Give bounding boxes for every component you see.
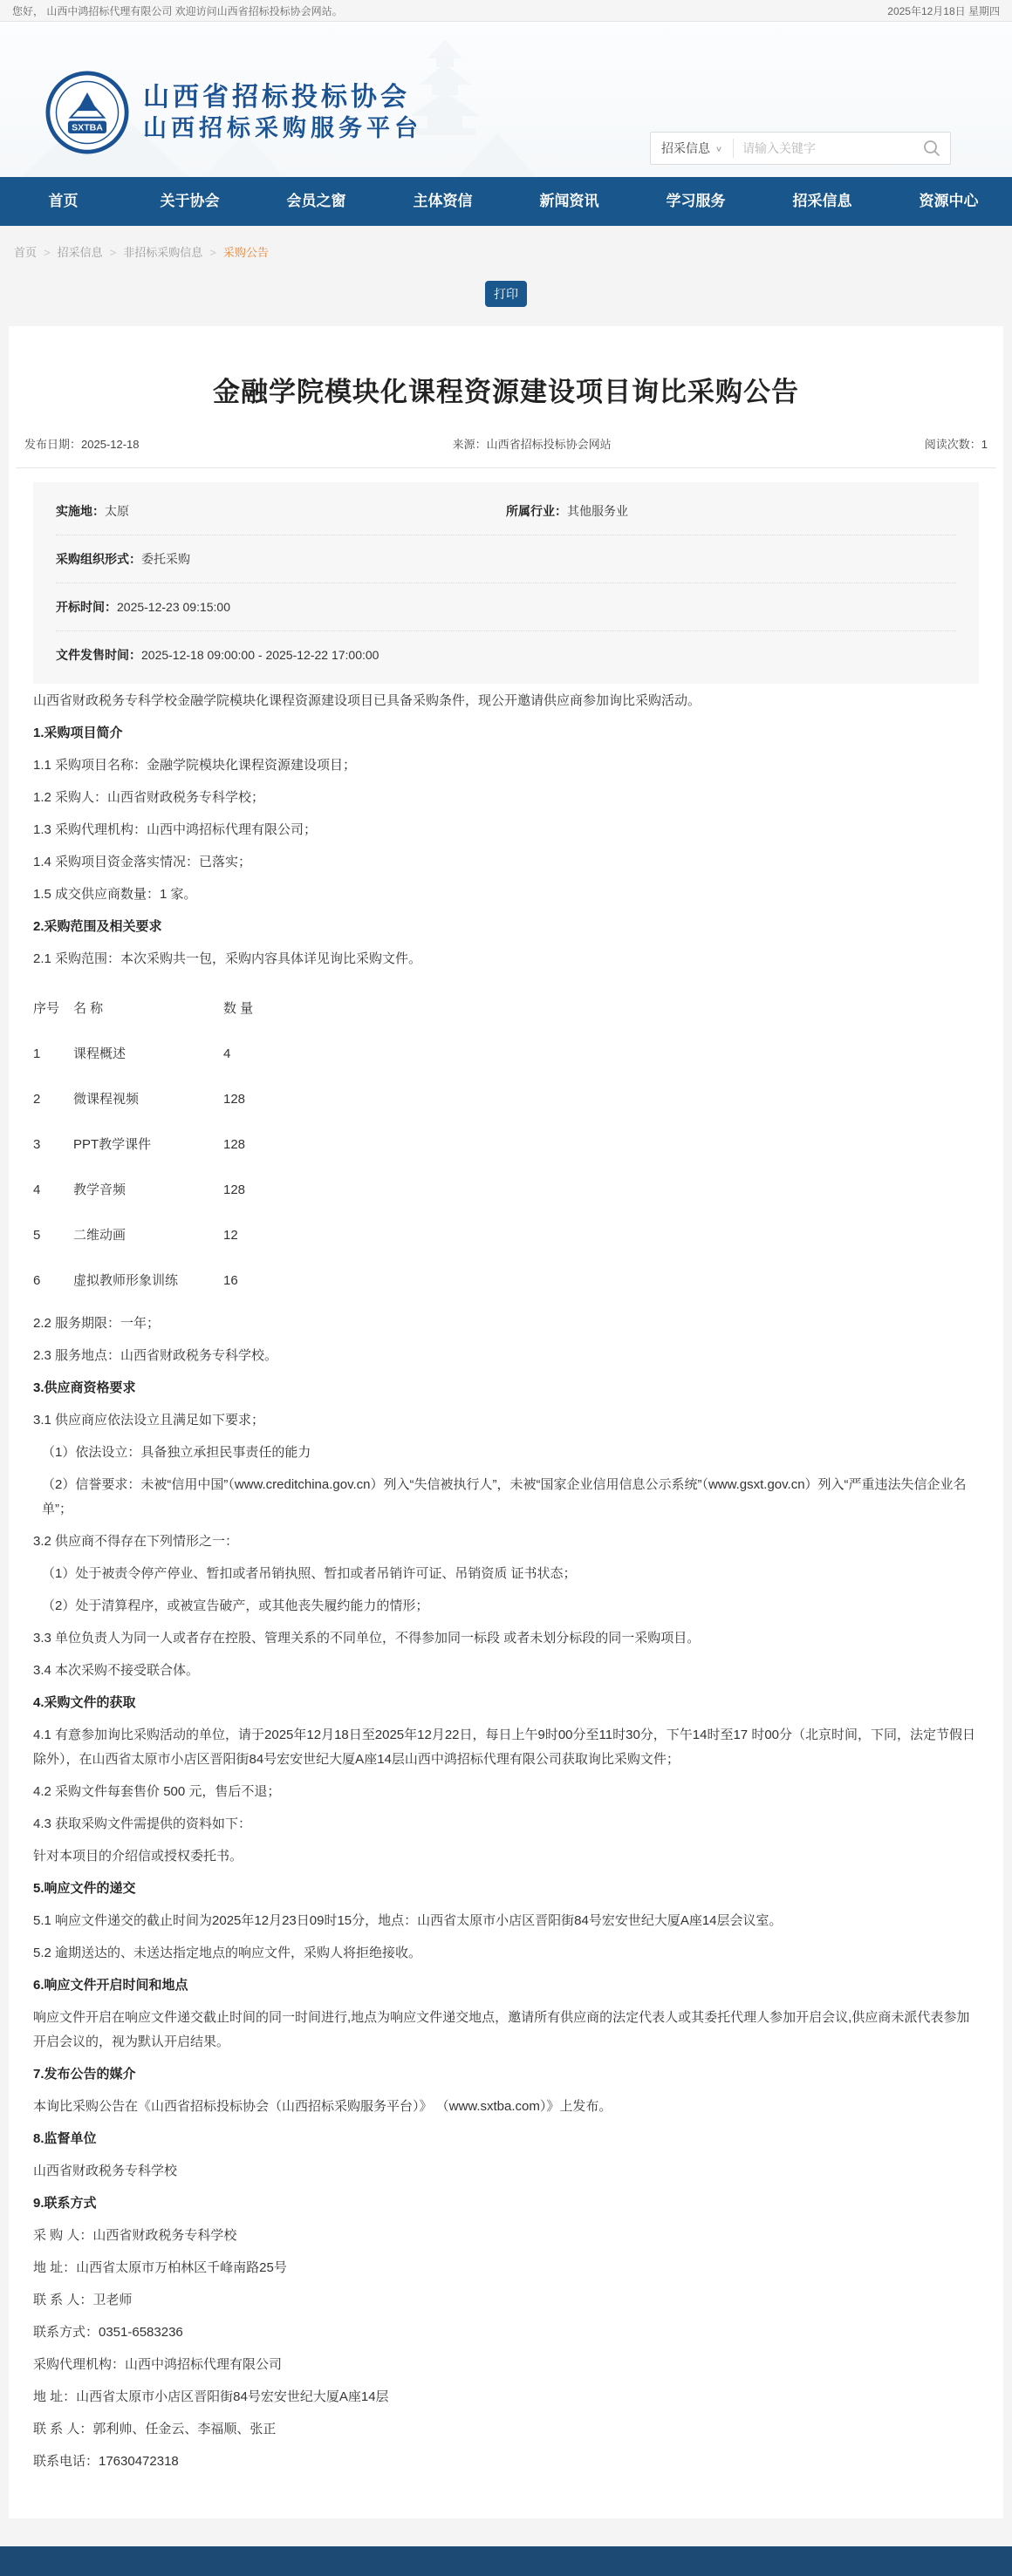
article-content: 山西省财政税务专科学校金融学院模块化课程资源建设项目已具备采购条件，现公开邀请供… xyxy=(33,686,979,2477)
table-cell: 6 xyxy=(33,1269,73,1293)
info-value: 2025-12-18 09:00:00 - 2025-12-22 17:00:0… xyxy=(141,648,379,662)
breadcrumb-item-3[interactable]: 非招标采购信息 xyxy=(123,246,202,259)
info-label: 实施地： xyxy=(56,504,105,518)
breadcrumb: 首页>招采信息>非招标采购信息>采购公告 xyxy=(0,226,1012,269)
breadcrumb-item-2[interactable]: 招采信息 xyxy=(58,246,103,259)
nav-item-7[interactable]: 招采信息 xyxy=(759,177,885,226)
info-cell: 开标时间：2025-12-23 09:15:00 xyxy=(56,598,506,616)
article-paragraph: 山西省财政税务专科学校 xyxy=(33,2157,979,2186)
table-cell: 3 xyxy=(33,1133,73,1157)
section-heading: 1.采购项目简介 xyxy=(33,719,979,748)
table-header-cell: 名 称 xyxy=(73,997,223,1021)
table-header-row: 序号名 称数 量 xyxy=(33,986,979,1032)
table-row: 2微课程视频128 xyxy=(33,1077,979,1122)
logo-title: 山西省招标投标协会 xyxy=(143,81,422,114)
breadcrumb-separator: > xyxy=(209,246,216,259)
breadcrumb-separator: > xyxy=(110,246,117,259)
breadcrumb-current: 采购公告 xyxy=(223,246,269,259)
table-cell: 微课程视频 xyxy=(73,1087,223,1112)
info-label: 所属行业： xyxy=(506,504,567,518)
article-paragraph: 响应文件开启在响应文件递交截止时间的同一时间进行,地点为响应文件递交地点，邀请所… xyxy=(33,2003,979,2057)
info-label: 开标时间： xyxy=(56,600,117,614)
article-paragraph: （1）处于被责令停产停业、暂扣或者吊销执照、暂扣或者吊销许可证、吊销资质 证书状… xyxy=(33,1559,979,1589)
nav-item-1[interactable]: 首页 xyxy=(0,177,126,226)
breadcrumb-item-1[interactable]: 首页 xyxy=(14,246,37,259)
search-button[interactable] xyxy=(913,133,950,164)
section-heading: 9.联系方式 xyxy=(33,2189,979,2218)
items-table: 序号名 称数 量1课程概述42微课程视频1283PPT教学课件1284教学音频1… xyxy=(33,986,979,1304)
article-paragraph: 针对本项目的介绍信或授权委托书。 xyxy=(33,1842,979,1871)
info-label: 文件发售时间： xyxy=(56,648,141,662)
nav-item-3[interactable]: 会员之窗 xyxy=(253,177,379,226)
info-value: 委托采购 xyxy=(141,552,190,566)
association-emblem-icon: SXTBA xyxy=(45,71,129,154)
main-nav: 首页关于协会会员之窗主体资信新闻资讯学习服务招采信息资源中心 xyxy=(0,177,1012,226)
chevron-down-icon: ∨ xyxy=(715,144,722,153)
search-category-label: 招采信息 xyxy=(661,140,710,157)
article-paragraph: 5.1 响应文件递交的截止时间为2025年12月23日09时15分，地点：山西省… xyxy=(33,1906,979,1936)
table-cell: 课程概述 xyxy=(73,1042,223,1067)
article-paragraph: 地 址：山西省太原市小店区晋阳街84号宏安世纪大厦A座14层 xyxy=(33,2382,979,2412)
search-category-select[interactable]: 招采信息 ∨ xyxy=(651,140,733,157)
info-row: 采购组织形式：委托采购 xyxy=(56,535,956,583)
article-paragraph: 3.4 本次采购不接受联合体。 xyxy=(33,1656,979,1686)
table-cell: 1 xyxy=(33,1042,73,1067)
search-input[interactable] xyxy=(734,141,913,155)
divider xyxy=(16,467,996,468)
nav-item-8[interactable]: 资源中心 xyxy=(885,177,1012,226)
nav-item-4[interactable]: 主体资信 xyxy=(379,177,506,226)
article-paragraph: （2）信誉要求：未被“信用中国”（www.creditchina.gov.cn）… xyxy=(33,1470,979,1524)
table-cell: 教学音频 xyxy=(73,1178,223,1203)
site-header: SXTBA 山西省招标投标协会 山西招标采购服务平台 招采信息 ∨ xyxy=(0,22,1012,177)
project-info-box: 实施地：太原所属行业：其他服务业采购组织形式：委托采购开标时间：2025-12-… xyxy=(33,482,979,684)
article-paragraph: 采 购 人：山西省财政税务专科学校 xyxy=(33,2221,979,2251)
info-value: 太原 xyxy=(105,504,129,518)
article-paragraph: 2.2 服务期限：一年； xyxy=(33,1309,979,1339)
table-row: 1课程概述4 xyxy=(33,1032,979,1077)
article-paragraph: 4.2 采购文件每套售价 500 元，售后不退； xyxy=(33,1777,979,1807)
nav-item-5[interactable]: 新闻资讯 xyxy=(506,177,632,226)
info-label: 采购组织形式： xyxy=(56,552,141,566)
table-cell: 4 xyxy=(33,1178,73,1203)
article-paragraph: 3.1 供应商应依法设立且满足如下要求； xyxy=(33,1406,979,1435)
current-date: 2025年12月18日 星期四 xyxy=(887,3,1000,18)
article-paragraph: 2.1 采购范围：本次采购共一包，采购内容具体详见询比采购文件。 xyxy=(33,944,979,974)
article-panel: 金融学院模块化课程资源建设项目询比采购公告 发布日期：2025-12-18 来源… xyxy=(9,326,1003,2518)
article-paragraph: 2.3 服务地点：山西省财政税务专科学校。 xyxy=(33,1341,979,1371)
article-paragraph: 4.3 获取采购文件需提供的资料如下： xyxy=(33,1809,979,1839)
publish-date: 发布日期：2025-12-18 xyxy=(24,435,140,452)
article-paragraph: 联 系 人：卫老师 xyxy=(33,2286,979,2315)
logo-subtitle: 山西招标采购服务平台 xyxy=(143,114,422,144)
table-row: 5二维动画12 xyxy=(33,1213,979,1258)
breadcrumb-separator: > xyxy=(44,246,51,259)
table-cell: 2 xyxy=(33,1087,73,1112)
table-cell: 128 xyxy=(223,1087,979,1112)
section-heading: 6.响应文件开启时间和地点 xyxy=(33,1971,979,2000)
table-cell: 16 xyxy=(223,1269,979,1293)
table-cell: 128 xyxy=(223,1178,979,1203)
table-cell: 128 xyxy=(223,1133,979,1157)
table-cell: 5 xyxy=(33,1223,73,1248)
info-cell: 采购组织形式：委托采购 xyxy=(56,550,506,568)
table-cell: 4 xyxy=(223,1042,979,1067)
article-paragraph: 1.3 采购代理机构：山西中鸿招标代理有限公司； xyxy=(33,815,979,845)
article-body: 实施地：太原所属行业：其他服务业采购组织形式：委托采购开标时间：2025-12-… xyxy=(16,482,996,2477)
site-logo[interactable]: SXTBA 山西省招标投标协会 山西招标采购服务平台 xyxy=(45,71,422,154)
table-row: 4教学音频128 xyxy=(33,1168,979,1213)
article-source: 来源：山西省招标投标协会网站 xyxy=(453,435,612,452)
table-cell: PPT教学课件 xyxy=(73,1133,223,1157)
info-value: 2025-12-23 09:15:00 xyxy=(117,600,230,614)
article-paragraph: 地 址：山西省太原市万柏林区千峰南路25号 xyxy=(33,2253,979,2283)
footer-gap xyxy=(0,2518,1012,2546)
info-cell: 实施地：太原 xyxy=(56,502,506,520)
search-icon xyxy=(922,139,941,158)
table-row: 3PPT教学课件128 xyxy=(33,1122,979,1168)
article-paragraph: 采购代理机构：山西中鸿招标代理有限公司 xyxy=(33,2350,979,2380)
article-paragraph: 3.3 单位负责人为同一人或者存在控股、管理关系的不同单位，不得参加同一标段 或… xyxy=(33,1624,979,1653)
article-meta: 发布日期：2025-12-18 来源：山西省招标投标协会网站 阅读次数：1 xyxy=(16,435,996,452)
article-paragraph: 1.2 采购人：山西省财政税务专科学校； xyxy=(33,783,979,813)
article-paragraph: 5.2 逾期送达的、未送达指定地点的响应文件，采购人将拒绝接收。 xyxy=(33,1939,979,1968)
article-paragraph: 联 系 人：郭利帅、任金云、李福顺、张正 xyxy=(33,2415,979,2444)
search-box: 招采信息 ∨ xyxy=(650,132,951,165)
article-paragraph: 本询比采购公告在《山西省招标投标协会（山西招标采购服务平台）》 （www.sxt… xyxy=(33,2092,979,2122)
article-paragraph: 4.1 有意参加询比采购活动的单位，请于2025年12月18日至2025年12月… xyxy=(33,1721,979,1775)
info-row: 文件发售时间：2025-12-18 09:00:00 - 2025-12-22 … xyxy=(56,631,956,678)
info-row: 实施地：太原所属行业：其他服务业 xyxy=(56,487,956,535)
article-paragraph: 1.1 采购项目名称：金融学院模块化课程资源建设项目； xyxy=(33,751,979,780)
section-heading: 3.供应商资格要求 xyxy=(33,1373,979,1403)
article-paragraph: 联系方式：0351-6583236 xyxy=(33,2318,979,2348)
view-count: 阅读次数：1 xyxy=(925,435,988,452)
svg-text:SXTBA: SXTBA xyxy=(72,123,103,133)
nav-item-6[interactable]: 学习服务 xyxy=(632,177,759,226)
section-heading: 4.采购文件的获取 xyxy=(33,1688,979,1718)
logo-text: 山西省招标投标协会 山西招标采购服务平台 xyxy=(143,81,422,143)
page-title: 金融学院模块化课程资源建设项目询比采购公告 xyxy=(16,370,996,409)
article-paragraph: 联系电话：17630472318 xyxy=(33,2447,979,2477)
welcome-text: 您好， 山西中鸿招标代理有限公司 欢迎访问山西省招标投标协会网站。 xyxy=(12,3,343,18)
article-paragraph: （1）依法设立：具备独立承担民事责任的能力 xyxy=(33,1438,979,1468)
site-footer xyxy=(0,2546,1012,2576)
article-paragraph: 1.5 成交供应商数量：1 家。 xyxy=(33,880,979,910)
table-header-cell: 序号 xyxy=(33,997,73,1021)
info-cell: 所属行业：其他服务业 xyxy=(506,502,956,520)
section-heading: 5.响应文件的递交 xyxy=(33,1874,979,1904)
table-row: 6虚拟教师形象训练16 xyxy=(33,1258,979,1304)
print-button[interactable]: 打印 xyxy=(485,281,527,307)
section-heading: 8.监督单位 xyxy=(33,2124,979,2154)
table-cell: 虚拟教师形象训练 xyxy=(73,1269,223,1293)
info-row: 开标时间：2025-12-23 09:15:00 xyxy=(56,583,956,631)
nav-item-2[interactable]: 关于协会 xyxy=(126,177,253,226)
article-paragraph: 3.2 供应商不得存在下列情形之一： xyxy=(33,1527,979,1557)
top-bar: 您好， 山西中鸿招标代理有限公司 欢迎访问山西省招标投标协会网站。 2025年1… xyxy=(0,0,1012,22)
article-paragraph: （2）处于清算程序，或被宣告破产，或其他丧失履约能力的情形； xyxy=(33,1591,979,1621)
article-paragraph: 山西省财政税务专科学校金融学院模块化课程资源建设项目已具备采购条件，现公开邀请供… xyxy=(33,686,979,716)
table-cell: 12 xyxy=(223,1223,979,1248)
table-cell: 二维动画 xyxy=(73,1223,223,1248)
section-heading: 7.发布公告的媒介 xyxy=(33,2060,979,2089)
section-heading: 2.采购范围及相关要求 xyxy=(33,912,979,942)
info-cell: 文件发售时间：2025-12-18 09:00:00 - 2025-12-22 … xyxy=(56,646,506,664)
table-header-cell: 数 量 xyxy=(223,997,979,1021)
info-value: 其他服务业 xyxy=(567,504,628,518)
print-toolbar: 打印 xyxy=(0,269,1012,326)
article-paragraph: 1.4 采购项目资金落实情况：已落实； xyxy=(33,848,979,877)
